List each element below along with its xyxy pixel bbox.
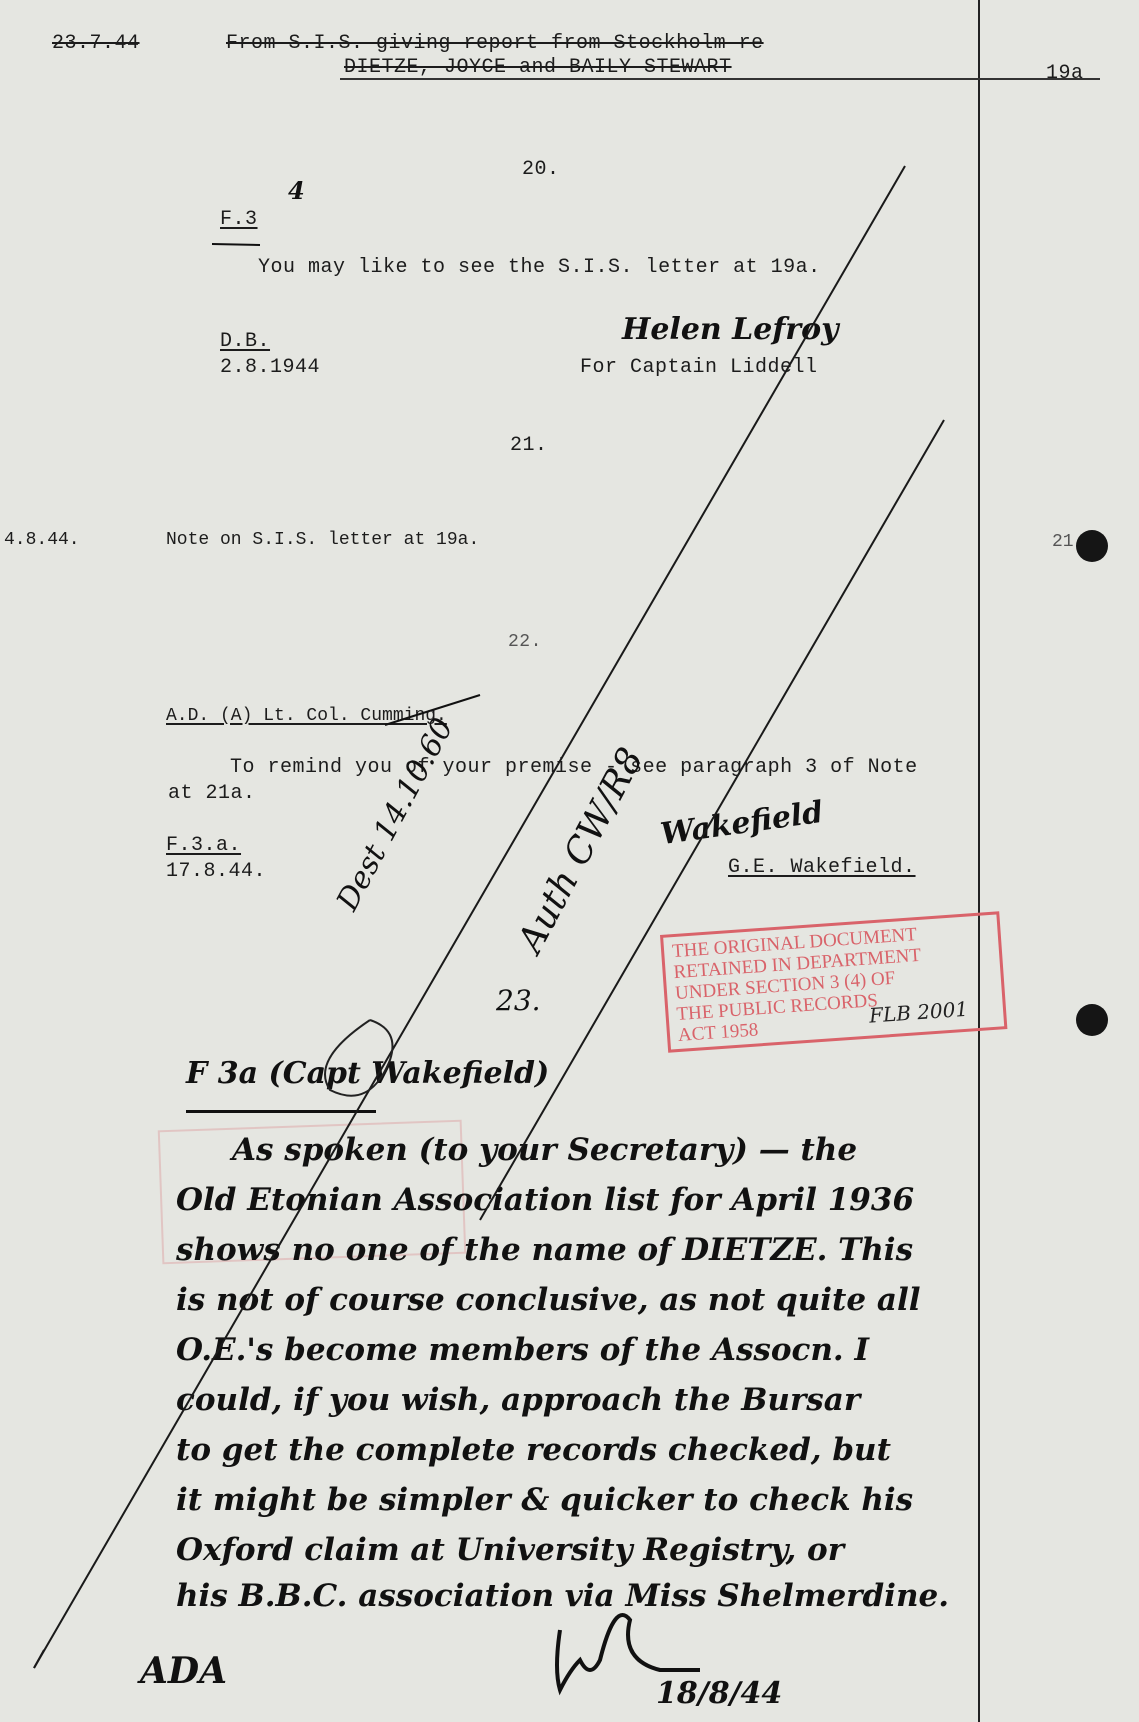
diagonal-cancellation-lines <box>0 0 1139 1722</box>
